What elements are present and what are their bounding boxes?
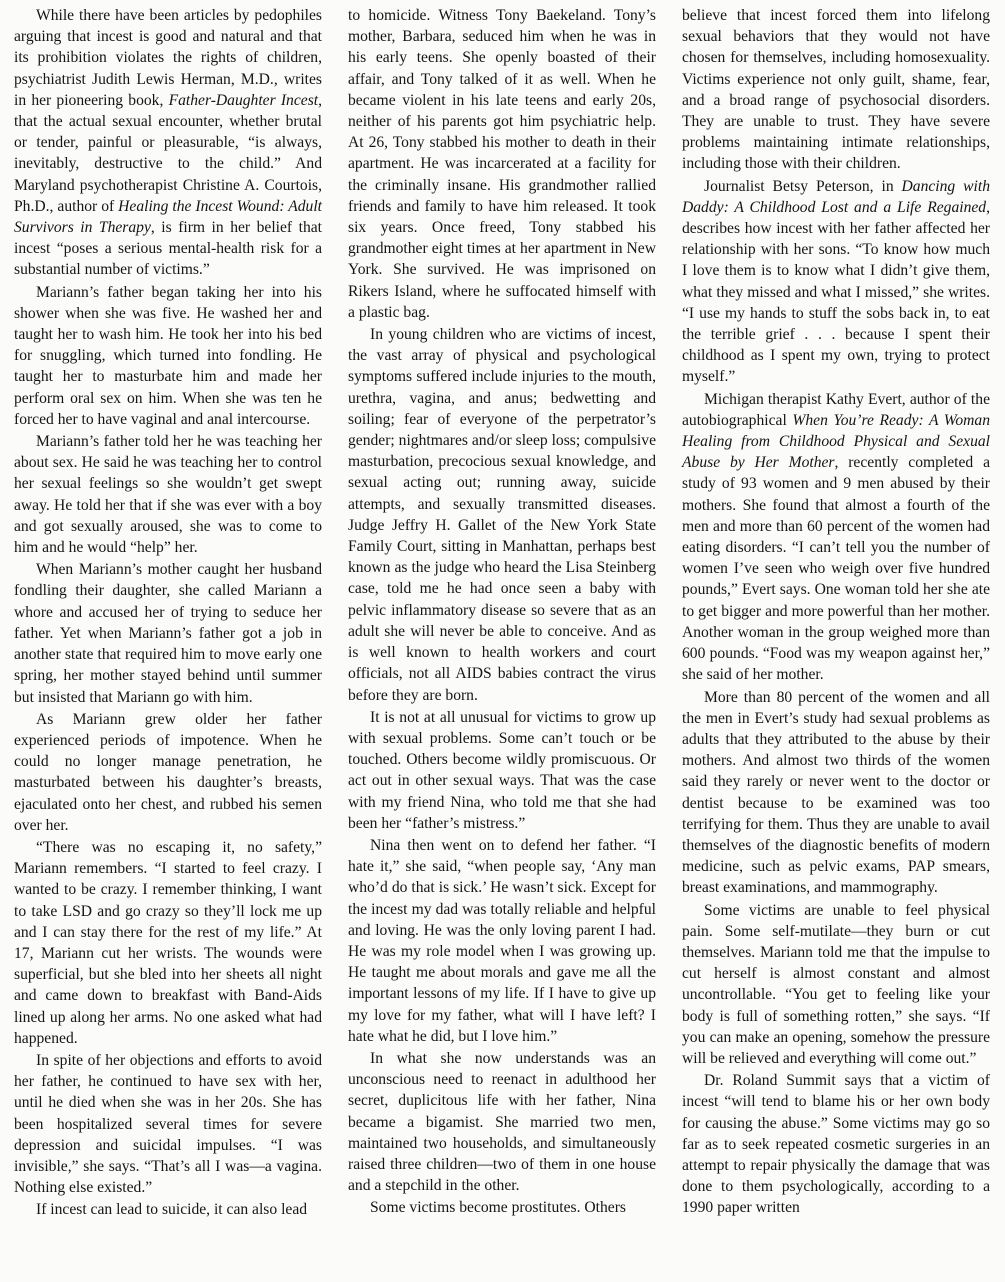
text-column-right: believe that incest forced them into lif… xyxy=(682,5,990,1282)
paragraph: Michigan therapist Kathy Evert, author o… xyxy=(682,389,990,686)
body-text: In what she now understands was an uncon… xyxy=(348,1050,656,1194)
paragraph-continued: believe that incest forced them into lif… xyxy=(682,5,990,175)
body-text: It is not at all unusual for victims to … xyxy=(348,709,656,832)
body-text: Some victims are unable to feel physical… xyxy=(682,902,990,1067)
body-text: In spite of her objections and efforts t… xyxy=(14,1052,322,1196)
body-text: believe that incest forced them into lif… xyxy=(682,7,990,172)
paragraph: Journalist Betsy Peterson, in Dancing wi… xyxy=(682,176,990,388)
body-text: , recently completed a study of 93 women… xyxy=(682,454,990,683)
paragraph: It is not at all unusual for victims to … xyxy=(348,707,656,834)
document-page: While there have been articles by pedoph… xyxy=(0,0,1005,1282)
body-text: If incest can lead to suicide, it can al… xyxy=(36,1201,307,1218)
body-text: As Mariann grew older her father experie… xyxy=(14,711,322,834)
paragraph: Some victims become prostitutes. Others xyxy=(348,1197,656,1218)
paragraph: In young children who are victims of inc… xyxy=(348,324,656,706)
paragraph: While there have been articles by pedoph… xyxy=(14,5,322,281)
paragraph: “There was no escaping it, no safety,” M… xyxy=(14,837,322,1049)
body-text: Dr. Roland Summit says that a victim of … xyxy=(682,1072,990,1216)
paragraph: Dr. Roland Summit says that a victim of … xyxy=(682,1070,990,1218)
body-text: , that the actual sexual encounter, whet… xyxy=(14,92,322,215)
body-text: , describes how incest with her father a… xyxy=(682,199,990,386)
paragraph: In what she now understands was an uncon… xyxy=(348,1048,656,1196)
body-text: In young children who are victims of inc… xyxy=(348,326,656,703)
paragraph: Nina then went on to defend her father. … xyxy=(348,835,656,1047)
paragraph: If incest can lead to suicide, it can al… xyxy=(14,1199,322,1220)
body-text: Nina then went on to defend her father. … xyxy=(348,837,656,1045)
body-text: When Mariann’s mother caught her husband… xyxy=(14,561,322,705)
body-text: “There was no escaping it, no safety,” M… xyxy=(14,839,322,1047)
paragraph: Mariann’s father told her he was teachin… xyxy=(14,431,322,558)
body-text: Mariann’s father told her he was teachin… xyxy=(14,433,322,556)
body-text: to homicide. Witness Tony Baekeland. Ton… xyxy=(348,7,656,321)
italic-title-text: Father-Daughter Incest xyxy=(169,92,319,109)
body-text: More than 80 percent of the women and al… xyxy=(682,689,990,897)
body-text: Mariann’s father began taking her into h… xyxy=(14,284,322,428)
text-column-left: While there have been articles by pedoph… xyxy=(14,5,322,1282)
paragraph: Some victims are unable to feel physical… xyxy=(682,900,990,1070)
text-column-middle: to homicide. Witness Tony Baekeland. Ton… xyxy=(348,5,656,1282)
body-text: Some victims become prostitutes. Others xyxy=(370,1199,626,1216)
paragraph: As Mariann grew older her father experie… xyxy=(14,709,322,836)
paragraph: In spite of her objections and efforts t… xyxy=(14,1050,322,1198)
paragraph: Mariann’s father began taking her into h… xyxy=(14,282,322,430)
paragraph: When Mariann’s mother caught her husband… xyxy=(14,559,322,707)
paragraph-continued: to homicide. Witness Tony Baekeland. Ton… xyxy=(348,5,656,323)
body-text: Journalist Betsy Peterson, in xyxy=(704,178,902,195)
paragraph: More than 80 percent of the women and al… xyxy=(682,687,990,899)
